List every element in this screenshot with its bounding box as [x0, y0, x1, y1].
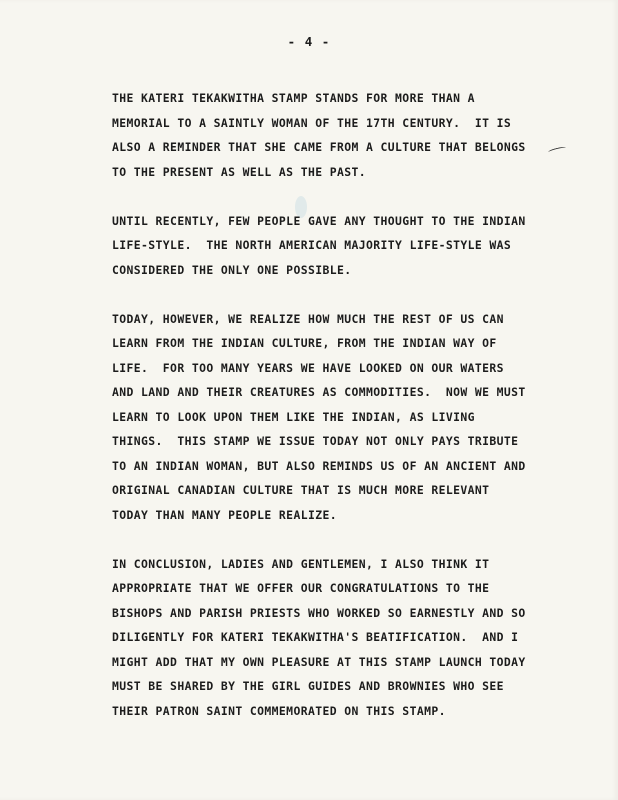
text-line: APPROPRIATE THAT WE OFFER OUR CONGRATULA…: [112, 576, 582, 601]
text-line: MIGHT ADD THAT MY OWN PLEASURE AT THIS S…: [112, 650, 582, 675]
paragraph: IN CONCLUSION, LADIES AND GENTLEMEN, I A…: [112, 552, 582, 724]
text-line: MUST BE SHARED BY THE GIRL GUIDES AND BR…: [112, 674, 582, 699]
text-line: TO AN INDIAN WOMAN, BUT ALSO REMINDS US …: [112, 454, 582, 479]
page-number: - 4 -: [0, 34, 618, 49]
text-line: AND LAND AND THEIR CREATURES AS COMMODIT…: [112, 380, 582, 405]
text-line: THINGS. THIS STAMP WE ISSUE TODAY NOT ON…: [112, 429, 582, 454]
text-line: MEMORIAL TO A SAINTLY WOMAN OF THE 17TH …: [112, 111, 582, 136]
text-line: LIFE. FOR TOO MANY YEARS WE HAVE LOOKED …: [112, 356, 582, 381]
text-line: UNTIL RECENTLY, FEW PEOPLE GAVE ANY THOU…: [112, 209, 582, 234]
paragraph: UNTIL RECENTLY, FEW PEOPLE GAVE ANY THOU…: [112, 209, 582, 283]
text-line: LEARN TO LOOK UPON THEM LIKE THE INDIAN,…: [112, 405, 582, 430]
text-line: LIFE-STYLE. THE NORTH AMERICAN MAJORITY …: [112, 233, 582, 258]
document-page: - 4 - THE KATERI TEKAKWITHA STAMP STANDS…: [0, 0, 618, 800]
text-line: ORIGINAL CANADIAN CULTURE THAT IS MUCH M…: [112, 478, 582, 503]
document-body: THE KATERI TEKAKWITHA STAMP STANDS FOR M…: [112, 86, 582, 748]
text-line: TODAY THAN MANY PEOPLE REALIZE.: [112, 503, 582, 528]
paragraph: THE KATERI TEKAKWITHA STAMP STANDS FOR M…: [112, 86, 582, 184]
text-line: THE KATERI TEKAKWITHA STAMP STANDS FOR M…: [112, 86, 582, 111]
text-line: LEARN FROM THE INDIAN CULTURE, FROM THE …: [112, 331, 582, 356]
paragraph: TODAY, HOWEVER, WE REALIZE HOW MUCH THE …: [112, 307, 582, 528]
text-line: DILIGENTLY FOR KATERI TEKAKWITHA'S BEATI…: [112, 625, 582, 650]
text-line: TODAY, HOWEVER, WE REALIZE HOW MUCH THE …: [112, 307, 582, 332]
text-line: IN CONCLUSION, LADIES AND GENTLEMEN, I A…: [112, 552, 582, 577]
text-line: CONSIDERED THE ONLY ONE POSSIBLE.: [112, 258, 582, 283]
text-line: ALSO A REMINDER THAT SHE CAME FROM A CUL…: [112, 135, 582, 160]
text-line: BISHOPS AND PARISH PRIESTS WHO WORKED SO…: [112, 601, 582, 626]
text-line: THEIR PATRON SAINT COMMEMORATED ON THIS …: [112, 699, 582, 724]
text-line: TO THE PRESENT AS WELL AS THE PAST.: [112, 160, 582, 185]
